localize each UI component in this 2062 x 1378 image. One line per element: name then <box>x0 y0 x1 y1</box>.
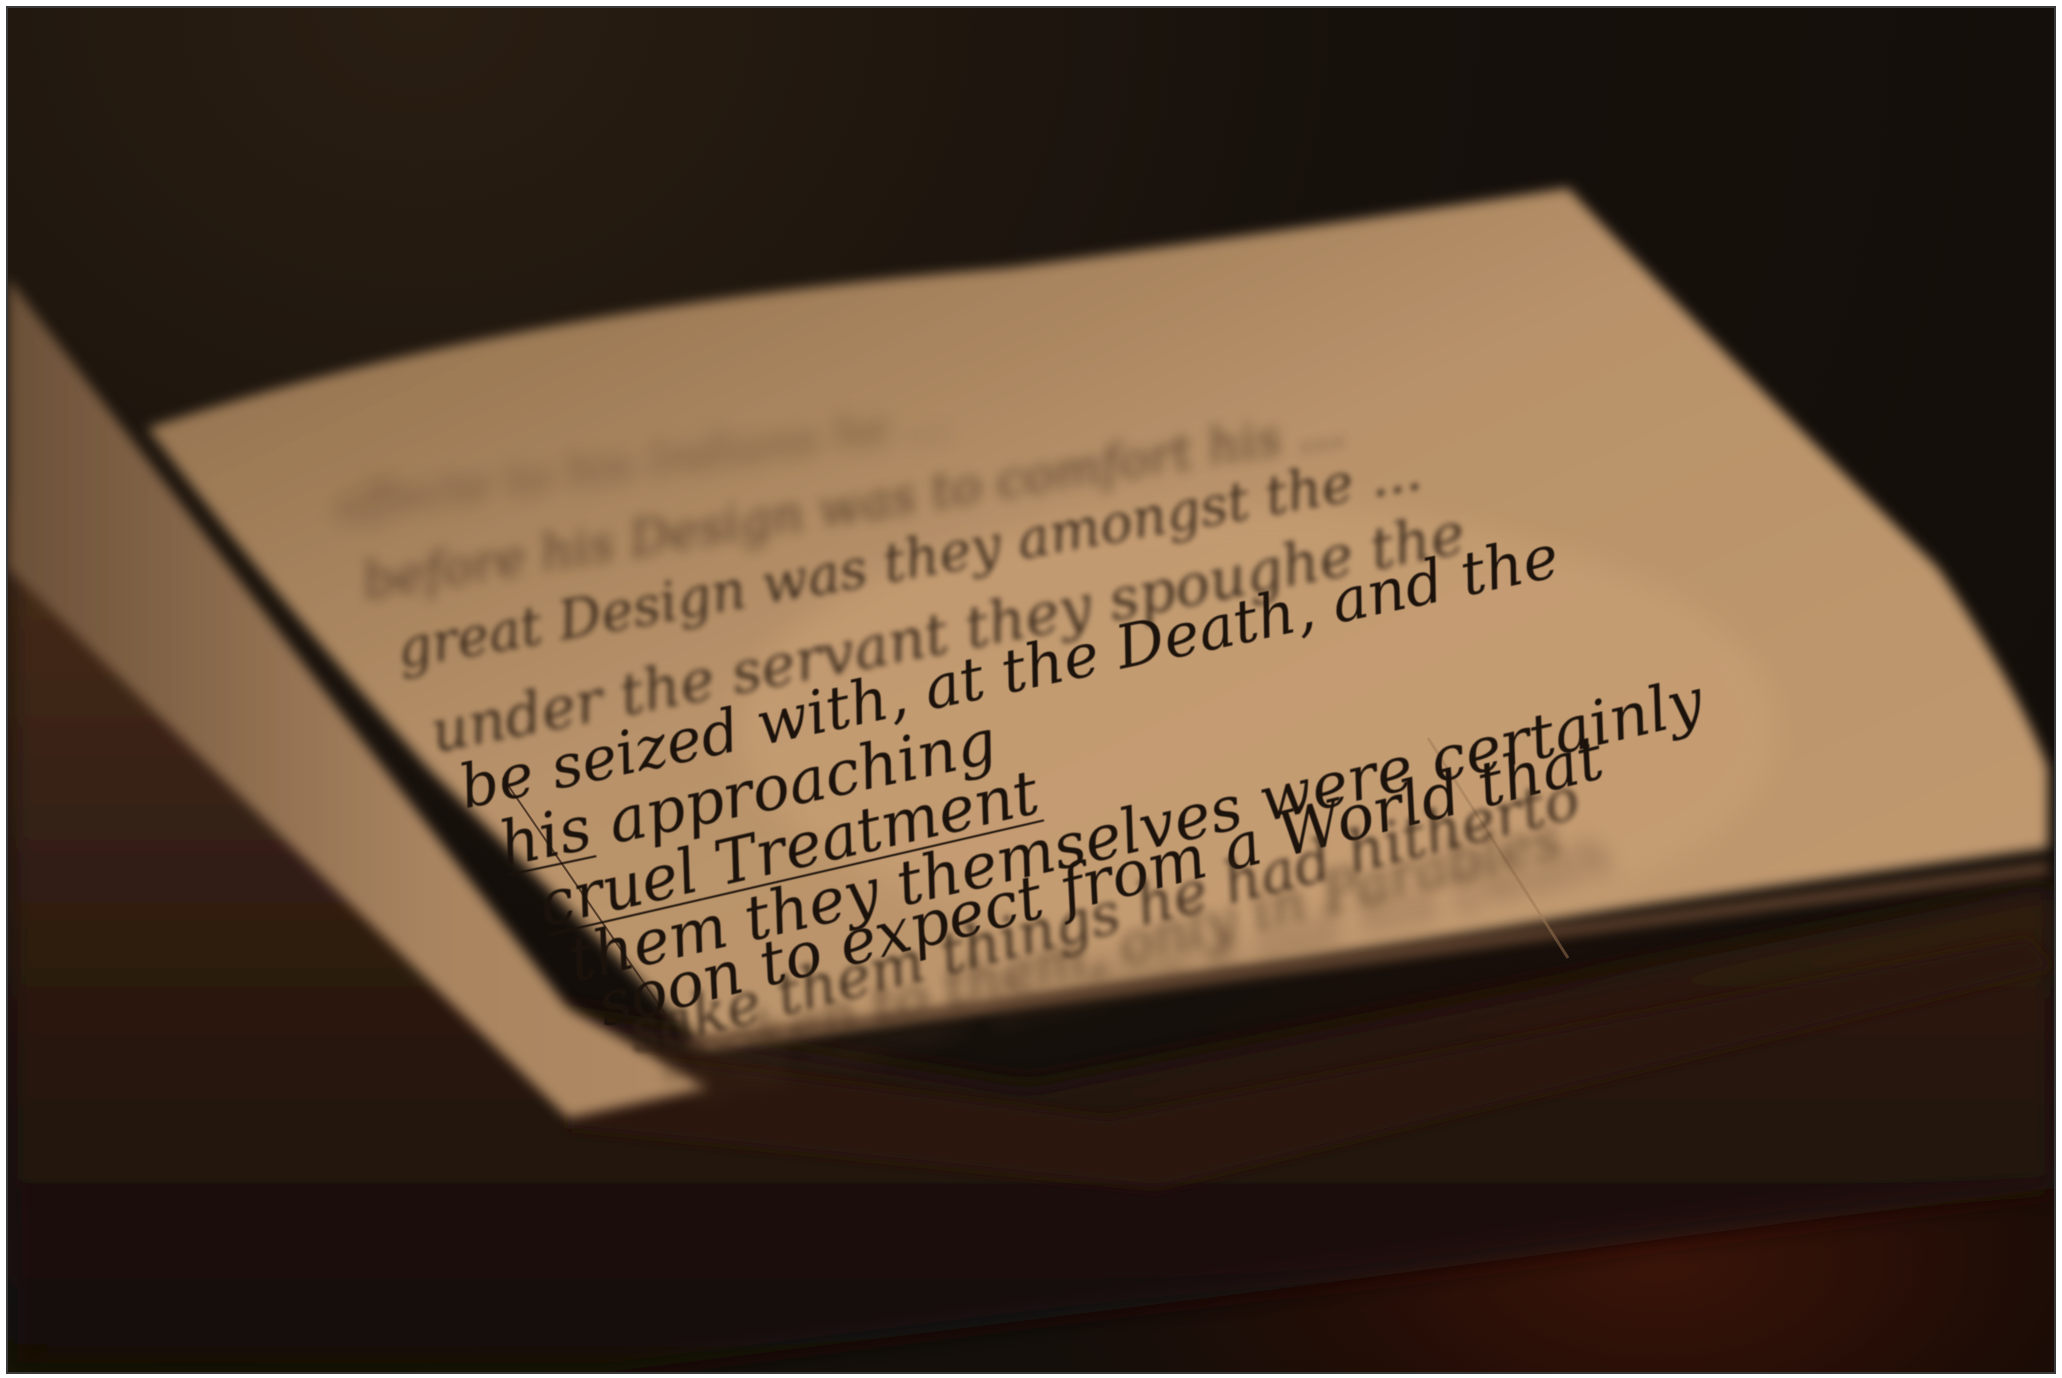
photo-frame: affecte to his Indians he ... before his… <box>6 6 2056 1374</box>
